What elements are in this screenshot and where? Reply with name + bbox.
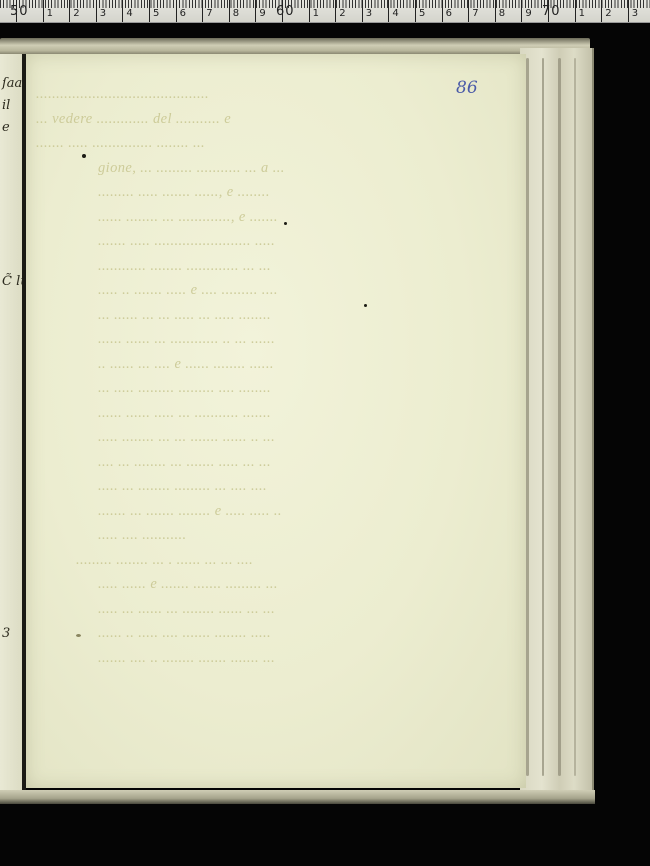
manuscript-line: .. ...... ... .... e ...... ........ ...… [98, 356, 274, 373]
ruler-label: 3 [366, 8, 372, 20]
ruler-label: 3 [632, 8, 638, 20]
manuscript-line: ..... .. ....... ..... e .... ......... … [98, 282, 278, 299]
ruler-label: 3 [100, 8, 106, 20]
ruler-label: 60 [276, 6, 295, 18]
manuscript-line: ..... ........ ... ... ....... ...... ..… [98, 429, 275, 446]
ruler-cm-mark [255, 0, 256, 22]
manuscript-line: gione, ... ......... ........... ... a .… [98, 160, 285, 177]
manuscript-line: ... vedere ............. del ...........… [36, 111, 231, 128]
ruler-label: 2 [73, 8, 79, 20]
ruler-label: 4 [126, 8, 132, 20]
manuscript-line: ....... ... ....... ........ e ..... ...… [98, 503, 282, 520]
ruler-cm-mark [362, 0, 363, 22]
ruler-label: 2 [605, 8, 611, 20]
ruler-label: 9 [525, 8, 531, 20]
ruler-label: 1 [47, 8, 53, 20]
ruler-cm-mark [176, 0, 177, 22]
ruler-label: 70 [542, 6, 561, 18]
ruler-cm-mark [96, 0, 97, 22]
manuscript-line: ..... ...... e ....... ....... .........… [98, 576, 278, 593]
ruler-label: 1 [313, 8, 319, 20]
ruler-label: 6 [180, 8, 186, 20]
manuscript-line: ....... .... .. ........ ....... .......… [98, 650, 275, 667]
manuscript-line: ..... .... ........... [98, 527, 187, 544]
ink-speck [284, 222, 287, 225]
ruler-cm-mark [601, 0, 602, 22]
manuscript-line: ....... ..... ............... ........ .… [36, 135, 205, 152]
manuscript-line: ........................................… [36, 86, 209, 103]
vellum-cover-edge [520, 48, 594, 796]
ruler-label: 5 [419, 8, 425, 20]
ruler-label: 8 [233, 8, 239, 20]
manuscript-line: ... ..... ......... ......... .... .....… [98, 380, 271, 397]
ruler-cm-mark [309, 0, 310, 22]
ruler-cm-mark [69, 0, 70, 22]
manuscript-line: ............ ........ ............. ... … [98, 258, 271, 275]
manuscript-line: ...... ........ ... ............., e ...… [98, 209, 278, 226]
manuscript-page: 86 .....................................… [26, 54, 526, 788]
manuscript-line: ...... ...... ... ............ .. ... ..… [98, 331, 275, 348]
binding-bottom-edge [0, 790, 595, 804]
ruler-cm-mark [468, 0, 469, 22]
ruler-label: 6 [446, 8, 452, 20]
manuscript-line: ...... .. ..... .... ....... ........ ..… [98, 625, 271, 642]
left-page-fragment: e [2, 120, 10, 135]
ruler-label: 1 [579, 8, 585, 20]
left-page-edge: ſaa il e C̃ luio 3 [0, 54, 24, 794]
ruler-label: 8 [499, 8, 505, 20]
ruler-label: 5 [153, 8, 159, 20]
ruler-cm-mark [149, 0, 150, 22]
manuscript-line: ....... ..... ........................ .… [98, 233, 275, 250]
ink-speck [364, 304, 367, 307]
manuscript-line: .... ... ........ ... ....... ..... ... … [98, 454, 271, 471]
manuscript-line: ..... ... ........ ......... ... .... ..… [98, 478, 267, 495]
ruler-label: 2 [339, 8, 345, 20]
ruler-cm-mark [415, 0, 416, 22]
ruler-label: 7 [206, 8, 212, 20]
ruler-label: 7 [472, 8, 478, 20]
ruler-label: 50 [10, 6, 29, 18]
ruler-cm-mark [122, 0, 123, 22]
measuring-ruler: 501234567896012345678970123 [0, 0, 650, 23]
ruler-cm-mark [495, 0, 496, 22]
ruler-cm-mark [521, 0, 522, 22]
ruler-cm-mark [335, 0, 336, 22]
manuscript-line: ...... ...... ..... ... ........... ....… [98, 405, 271, 422]
ruler-cm-mark [575, 0, 576, 22]
ruler-cm-mark [202, 0, 203, 22]
manuscript-line: ......... ..... ....... ......, e ......… [98, 184, 270, 201]
left-page-fragment: 3 [2, 626, 10, 641]
manuscript-line: ..... ... ...... ... ........ ...... ...… [98, 601, 275, 618]
ruler-label: 4 [392, 8, 398, 20]
ruler-cm-mark [388, 0, 389, 22]
manuscript-line: ... ...... ... ... ..... ... ..... .....… [98, 307, 271, 324]
ruler-cm-mark [43, 0, 44, 22]
left-page-fragment: il [2, 98, 10, 113]
left-page-fragment: ſaa [2, 76, 22, 91]
ruler-cm-mark [628, 0, 629, 22]
ruler-cm-mark [229, 0, 230, 22]
ruler-cm-mark [442, 0, 443, 22]
folio-number: 86 [456, 78, 478, 98]
ink-speck [76, 634, 81, 637]
ink-speck [82, 154, 86, 158]
ruler-label: 9 [259, 8, 265, 20]
manuscript-line: ......... ........ ... . ...... ... ... … [76, 552, 253, 569]
